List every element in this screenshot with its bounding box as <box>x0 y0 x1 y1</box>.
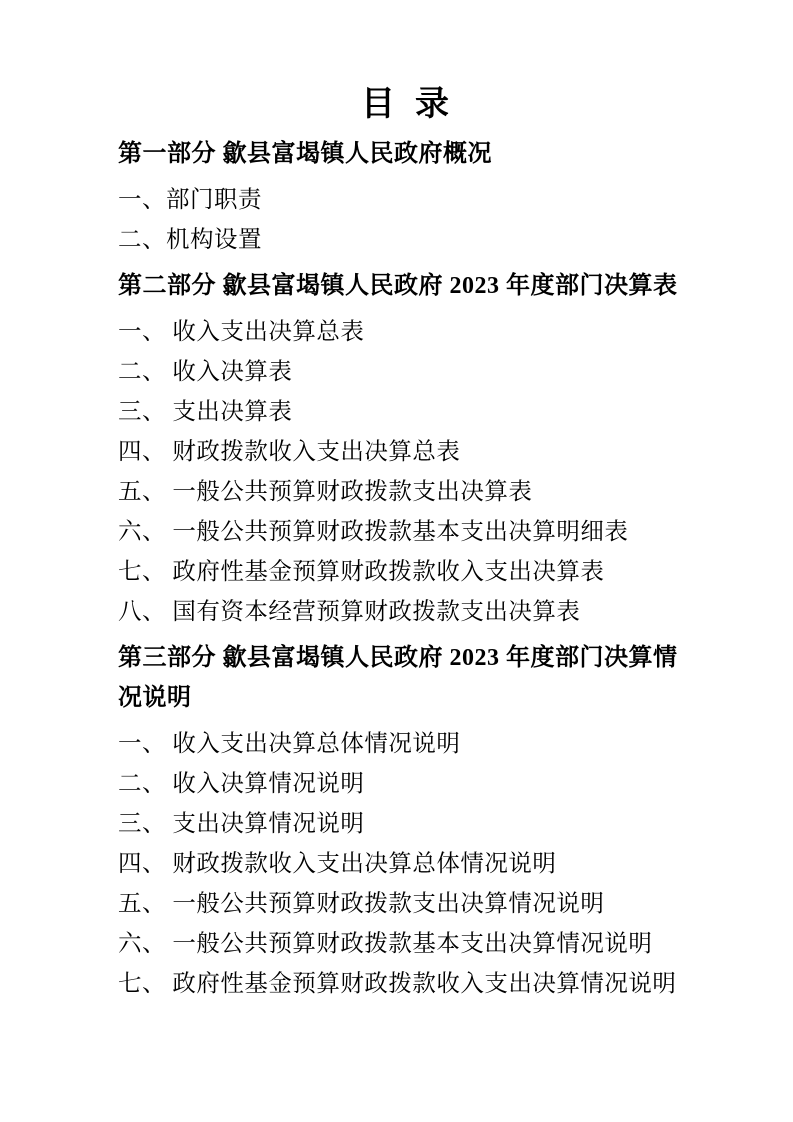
toc-item: 八、 国有资本经营预算财政拨款支出决算表 <box>118 592 693 632</box>
toc-item: 七、 政府性基金预算财政拨款收入支出决算情况说明 <box>118 964 693 1004</box>
toc-section-2-heading: 第二部分 歙县富堨镇人民政府 2023 年度部门决算表 <box>118 266 693 306</box>
toc-section-3: 第三部分 歙县富堨镇人民政府 2023 年度部门决算情 况说明 一、 收入支出决… <box>118 638 693 1004</box>
toc-item: 七、 政府性基金预算财政拨款收入支出决算表 <box>118 552 693 592</box>
toc-item: 二、 收入决算表 <box>118 352 693 392</box>
toc-item: 二、机构设置 <box>118 220 693 260</box>
toc-item: 六、 一般公共预算财政拨款基本支出决算情况说明 <box>118 924 693 964</box>
toc-item: 三、 支出决算表 <box>118 392 693 432</box>
toc-item: 一、部门职责 <box>118 180 693 220</box>
toc-section-3-heading: 第三部分 歙县富堨镇人民政府 2023 年度部门决算情 况说明 <box>118 638 693 718</box>
toc-item: 二、 收入决算情况说明 <box>118 764 693 804</box>
toc-item: 四、 财政拨款收入支出决算总表 <box>118 432 693 472</box>
toc-section-1: 第一部分 歙县富堨镇人民政府概况 一、部门职责 二、机构设置 <box>118 134 693 260</box>
toc-item: 五、 一般公共预算财政拨款支出决算表 <box>118 472 693 512</box>
toc-item: 五、 一般公共预算财政拨款支出决算情况说明 <box>118 884 693 924</box>
toc-item: 一、 收入支出决算总表 <box>118 312 693 352</box>
toc-title: 目 录 <box>118 82 693 128</box>
toc-item: 六、 一般公共预算财政拨款基本支出决算明细表 <box>118 512 693 552</box>
toc-item: 四、 财政拨款收入支出决算总体情况说明 <box>118 844 693 884</box>
toc-item: 三、 支出决算情况说明 <box>118 804 693 844</box>
toc-section-2: 第二部分 歙县富堨镇人民政府 2023 年度部门决算表 一、 收入支出决算总表 … <box>118 266 693 632</box>
toc-section-1-heading: 第一部分 歙县富堨镇人民政府概况 <box>118 134 693 174</box>
toc-item: 一、 收入支出决算总体情况说明 <box>118 724 693 764</box>
document-page: 目 录 第一部分 歙县富堨镇人民政府概况 一、部门职责 二、机构设置 第二部分 … <box>0 0 793 1122</box>
